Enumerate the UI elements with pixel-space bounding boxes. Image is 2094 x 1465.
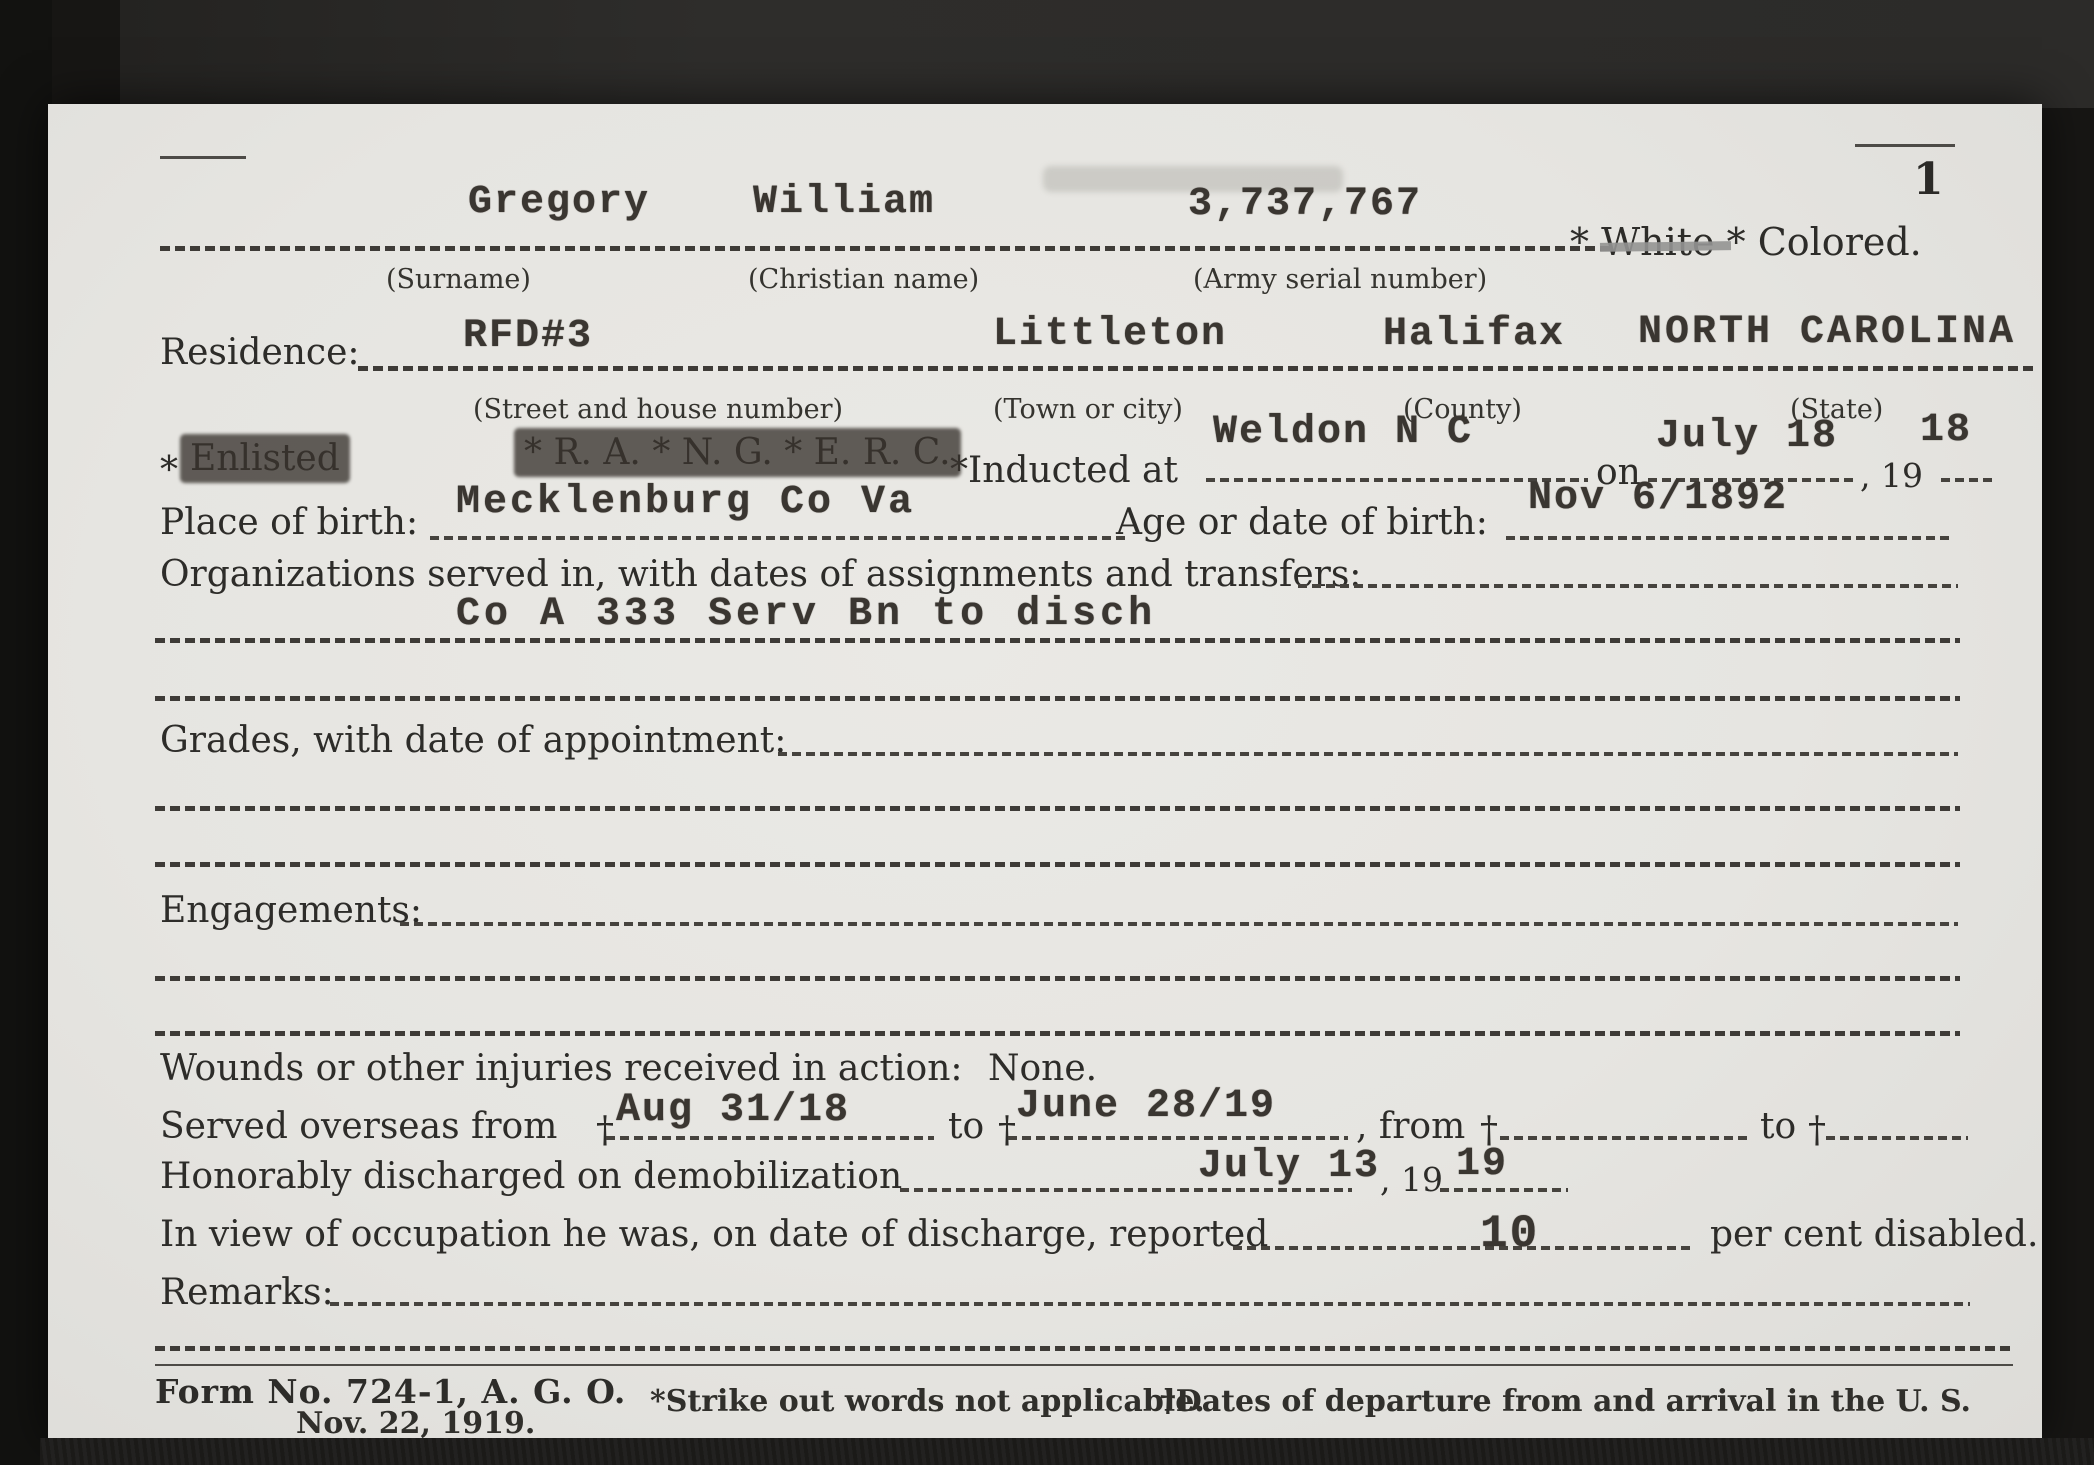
dashed-line <box>1826 1136 1968 1140</box>
disability-percent-value: 10 <box>1480 1208 1539 1260</box>
dashed-line <box>155 696 1960 701</box>
dashed-line <box>1008 1136 1348 1140</box>
dashed-line <box>1941 478 1996 482</box>
dashed-line <box>606 1136 934 1140</box>
residence-label: Residence: <box>160 332 360 373</box>
residence-county-value: Halifax <box>1383 312 1565 357</box>
top-right-mark <box>1855 144 1955 147</box>
date-of-birth-value: Nov 6/1892 <box>1528 476 1788 521</box>
dashed-line <box>358 366 2034 371</box>
dashed-line <box>160 246 1615 251</box>
dashed-line <box>1233 1246 1693 1250</box>
dagger-icon: † <box>1808 1110 1826 1151</box>
town-label: (Town or city) <box>993 394 1183 425</box>
dashed-line <box>330 1302 1970 1306</box>
residence-street-value: RFD#3 <box>463 314 593 359</box>
page-number: 1 <box>1913 154 1944 205</box>
race-selector: * White * Colored. <box>1570 220 1922 264</box>
street-label: (Street and house number) <box>473 394 843 425</box>
grades-label: Grades, with date of appointment: <box>160 720 786 761</box>
wounds-label: Wounds or other injuries received in act… <box>160 1048 963 1089</box>
service-record-card: 1 Gregory William 3,737,767 * White * Co… <box>48 104 2042 1440</box>
strike-out-note: *Strike out words not applicable. <box>650 1384 1205 1419</box>
scan-background-top <box>120 0 2094 108</box>
organizations-value: Co A 333 Serv Bn to disch <box>456 592 1156 637</box>
induction-date-value: July 18 <box>1656 414 1838 459</box>
dashed-line <box>155 1031 1960 1036</box>
wounds-line: Wounds or other injuries received in act… <box>160 1048 1097 1089</box>
overseas-from-date: Aug 31/18 <box>616 1088 850 1133</box>
residence-state-value: NORTH CAROLINA <box>1638 310 2016 355</box>
service-options: * R. A. * N. G. * E. R. C. <box>524 432 951 473</box>
wounds-value: None. <box>988 1048 1097 1089</box>
christian-name-label: (Christian name) <box>748 264 979 295</box>
dashed-line <box>155 638 1960 643</box>
induction-place-value: Weldon N C <box>1213 410 1473 455</box>
scan-background-bottom <box>40 1438 2094 1465</box>
footer-rule <box>155 1364 2013 1366</box>
race-colored: * Colored. <box>1727 220 1922 264</box>
serial-number-value: 3,737,767 <box>1188 182 1422 227</box>
place-of-birth-label: Place of birth: <box>160 502 418 543</box>
dashed-line <box>778 752 1958 756</box>
christian-name-value: William <box>753 180 935 225</box>
discharge-date-value: July 13 <box>1198 1144 1380 1189</box>
surname-value: Gregory <box>468 180 650 225</box>
dagger-icon: † <box>596 1110 614 1151</box>
dashed-line <box>1506 536 1954 540</box>
place-of-birth-value: Mecklenburg Co Va <box>456 480 915 525</box>
remarks-label: Remarks: <box>160 1272 334 1313</box>
dagger-note: †Dates of departure from and arrival in … <box>1160 1384 1971 1419</box>
overseas-to-label: to <box>948 1106 984 1147</box>
organizations-label: Organizations served in, with dates of a… <box>160 554 1361 595</box>
form-date: Nov. 22, 1919. <box>296 1406 535 1441</box>
top-left-mark <box>160 156 246 159</box>
dashed-line <box>1500 1136 1752 1140</box>
dashed-line <box>1440 1188 1568 1192</box>
year-19-prefix: , 19 <box>1860 456 1923 495</box>
dashed-line <box>155 1346 2013 1351</box>
enlisted-struck-out: Enlisted <box>182 436 348 481</box>
age-date-of-birth-label: Age or date of birth: <box>1116 502 1488 543</box>
discharge-label: Honorably discharged on demobilization <box>160 1156 902 1197</box>
dashed-line <box>155 976 1960 981</box>
dashed-line <box>400 922 1958 926</box>
discharge-year-value: 19 <box>1456 1142 1508 1187</box>
enlisted-star: * <box>160 450 178 491</box>
service-options-struck-out: * R. A. * N. G. * E. R. C. <box>516 430 959 475</box>
dagger-icon: † <box>998 1110 1016 1151</box>
disability-label: In view of occupation he was, on date of… <box>160 1214 1268 1255</box>
dashed-line <box>155 806 1960 811</box>
dashed-line <box>1298 584 1958 588</box>
serial-number-label: (Army serial number) <box>1193 264 1487 295</box>
race-white-struck: * White <box>1570 220 1715 264</box>
dashed-line <box>430 536 1125 540</box>
overseas-to2-label: to <box>1760 1106 1796 1147</box>
inducted-at-label: *Inducted at <box>950 450 1178 491</box>
overseas-to-date: June 28/19 <box>1016 1084 1276 1129</box>
residence-town-value: Littleton <box>993 312 1227 357</box>
scan-background-left <box>0 0 52 1465</box>
dashed-line <box>155 862 1960 867</box>
scanned-service-record: { "page": { "number": "1" }, "colors": {… <box>0 0 2094 1465</box>
served-overseas-label: Served overseas from <box>160 1106 557 1147</box>
surname-label: (Surname) <box>386 264 531 295</box>
engagements-label: Engagements: <box>160 890 422 931</box>
disability-suffix: per cent disabled. <box>1710 1214 2038 1255</box>
discharge-year-prefix: , 19 <box>1380 1160 1443 1199</box>
enlisted-word: Enlisted <box>190 438 340 479</box>
overseas-from2-label: , from <box>1356 1106 1465 1147</box>
induction-year-value: 18 <box>1920 408 1972 453</box>
